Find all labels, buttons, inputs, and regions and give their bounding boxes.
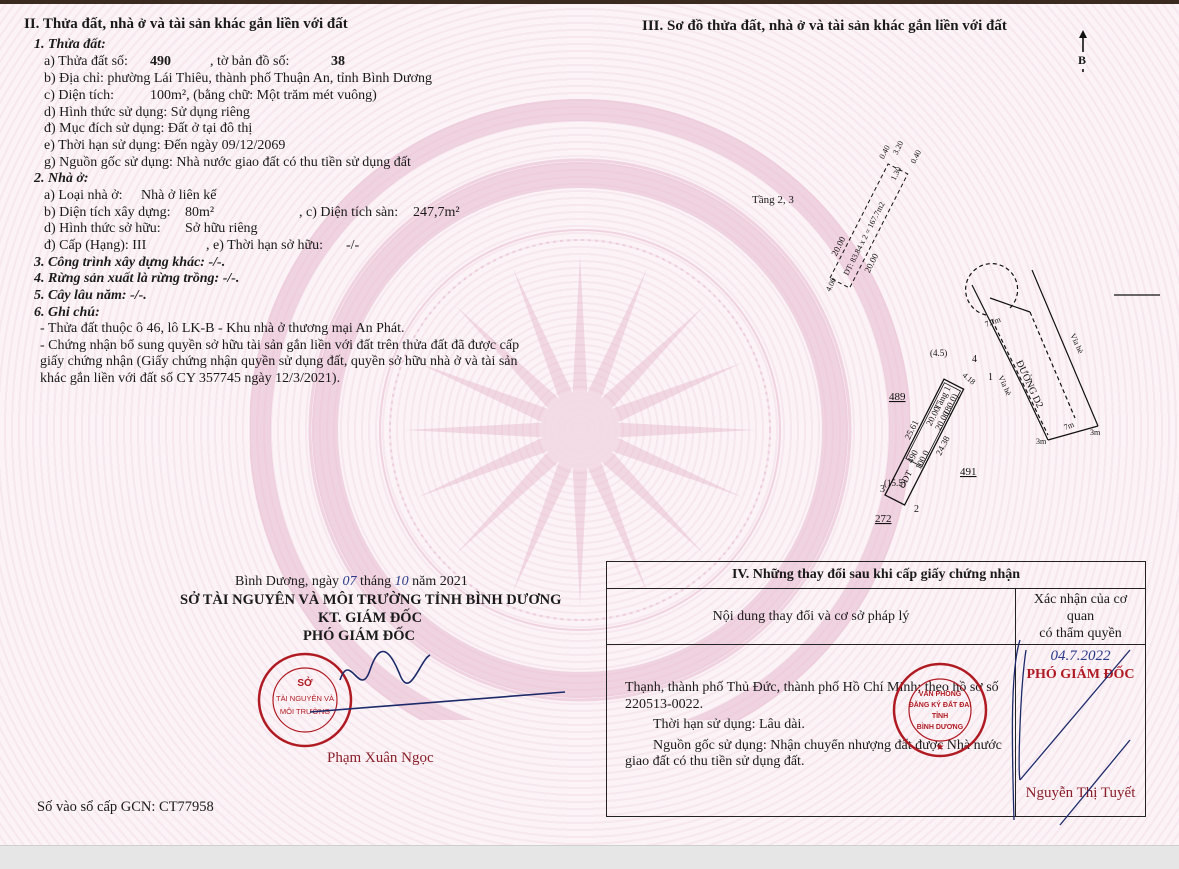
upper-dim-1: 0.40 [877, 144, 891, 161]
upper-dim-3: 1.30 [889, 165, 903, 182]
house-heading: 2. Nhà ở: [34, 171, 89, 188]
parcel-number: 490 [150, 54, 171, 71]
land-area-value: 100m², (bằng chữ: Một trăm mét vuông) [150, 88, 377, 105]
corner-2: 2 [914, 504, 919, 515]
viewer-bottom-bar [0, 845, 1179, 869]
build-area-value: 80m² [185, 205, 214, 222]
other-works: 3. Công trình xây dựng khác: -/-. [34, 255, 225, 272]
section-3-title: III. Sơ đồ thửa đất, nhà ở và tài sản kh… [642, 18, 1007, 35]
own-term-label: , e) Thời hạn sở hữu: [206, 238, 323, 255]
stamp2-line-3: TỈNH [932, 711, 948, 720]
issue-year: năm 2021 [412, 574, 468, 589]
notes-heading: 6. Ghi chú: [34, 305, 100, 322]
floor-area-value: 247,7m² [413, 205, 460, 222]
land-use-purpose: đ) Mục đích sử dụng: Đất ở tại đô thị [44, 121, 252, 138]
sidewalk-label-bottom: Vỉa hè [996, 374, 1013, 397]
land-address: b) Địa chỉ: phường Lái Thiêu, thành phố … [44, 71, 432, 88]
issuing-agency: SỞ TÀI NGUYÊN VÀ MÔI TRƯỜNG TỈNH BÌNH DƯ… [180, 592, 561, 609]
neighbor-491: 491 [960, 466, 977, 478]
land-heading: 1. Thửa đất: [34, 37, 106, 54]
sidewalk-label-top: Vỉa hè [1068, 332, 1085, 355]
neighbor-489: 489 [889, 391, 906, 403]
planted-forest: 4. Rừng sản xuất là rừng trồng: -/-. [34, 271, 239, 288]
land-origin: g) Nguồn gốc sử dụng: Nhà nước giao đất … [44, 155, 411, 172]
svg-text:★: ★ [936, 742, 945, 753]
note-line-4: khác gắn liền với đất số CY 357745 ngày … [40, 371, 340, 388]
col-confirmation-line-1: Xác nhận của cơ quan [1020, 591, 1141, 625]
ownership-label: d) Hình thức sở hữu: [44, 221, 161, 238]
stamp2-line-2: ĐĂNG KÝ ĐẤT ĐAI [909, 699, 972, 709]
north-label: B [1078, 52, 1086, 69]
confirmation-signature-icon [990, 630, 1140, 830]
registry-number: Số vào sổ cấp GCN: CT77958 [37, 799, 214, 816]
land-use-term: e) Thời hạn sử dụng: Đến ngày 09/12/2069 [44, 138, 285, 155]
stamp2-line-1: VĂN PHÒNG [919, 689, 962, 698]
corner-3: 3 [880, 484, 885, 495]
registration-office-stamp-icon: VĂN PHÒNG ĐĂNG KÝ ĐẤT ĐAI TỈNH BÌNH DƯƠN… [890, 660, 990, 760]
land-area-label: c) Diện tích: [44, 88, 114, 105]
perennial-trees: 5. Cây lâu năm: -/-. [34, 288, 147, 305]
upper-dim-2: 3.20 [891, 139, 905, 156]
upper-dim-side-b: 20.00 [862, 251, 880, 274]
signature-scribble-icon [310, 640, 570, 720]
upper-dim-4: 0.40 [909, 149, 923, 166]
issue-date-line: Bình Dương, ngày 07 tháng 10 năm 2021 [235, 574, 468, 591]
section-4-title: IV. Những thay đổi sau khi cấp giấy chứn… [607, 562, 1146, 589]
date-prefix: Bình Dương, ngày [235, 574, 339, 589]
stamp2-line-4: BÌNH DƯƠNG [917, 722, 964, 731]
map-sheet-label: , tờ bản đồ số: [210, 54, 289, 71]
upper-dim-side-a: 20.00 [829, 234, 847, 257]
on-behalf-of: KT. GIÁM ĐỐC [318, 610, 422, 627]
note-line-3: giấy chứng nhận (Giấy chứng nhận quyền s… [40, 354, 518, 371]
floor-area-label: , c) Diện tích sàn: [299, 205, 398, 222]
ownership-value: Sở hữu riêng [185, 221, 258, 238]
note-line-1: - Thửa đất thuộc ô 46, lô LK-B - Khu nhà… [40, 321, 405, 338]
section-2-title: II. Thửa đất, nhà ở và tài sản khác gắn … [24, 16, 348, 33]
house-grade: đ) Cấp (Hạng): III [44, 238, 146, 255]
map-sheet-number: 38 [331, 54, 345, 71]
house-type-label: a) Loại nhà ở: [44, 188, 123, 205]
road-dim-left: 3m [1036, 437, 1047, 446]
parcel-dim-front: 4.18 [961, 371, 978, 387]
signer-name: Phạm Xuân Ngọc [327, 750, 434, 767]
neighbor-272: 272 [875, 513, 892, 525]
parcel-diagram: 20.00 20.00 DT: 83.84 x 2 = 167.7m2 0.40… [730, 130, 1179, 530]
col-change-content: Nội dung thay đổi và cơ sở pháp lý [607, 589, 1016, 645]
setback-back: (15.5) [884, 478, 906, 488]
land-use-form: d) Hình thức sử dụng: Sử dụng riêng [44, 105, 250, 122]
issue-month: 10 [395, 574, 409, 589]
issue-day: 07 [343, 574, 357, 589]
build-area-label: b) Diện tích xây dựng: [44, 205, 171, 222]
upper-dim-width: 4.00 [824, 276, 838, 293]
road-dim-right: 3m [1090, 428, 1101, 437]
setback-front: (4.5) [930, 348, 947, 358]
corner-1: 1 [988, 372, 993, 383]
scan-edge [0, 0, 1179, 4]
road-width-bottom: 7m [1063, 420, 1076, 432]
note-line-2: - Chứng nhận bổ sung quyền sở hữu tài sả… [40, 338, 519, 355]
own-term-value: -/- [346, 238, 359, 255]
corner-4: 4 [972, 354, 977, 365]
parcel-label: a) Thửa đất số: [44, 54, 128, 71]
house-type-value: Nhà ở liên kế [141, 188, 216, 205]
month-label: tháng [360, 574, 391, 589]
